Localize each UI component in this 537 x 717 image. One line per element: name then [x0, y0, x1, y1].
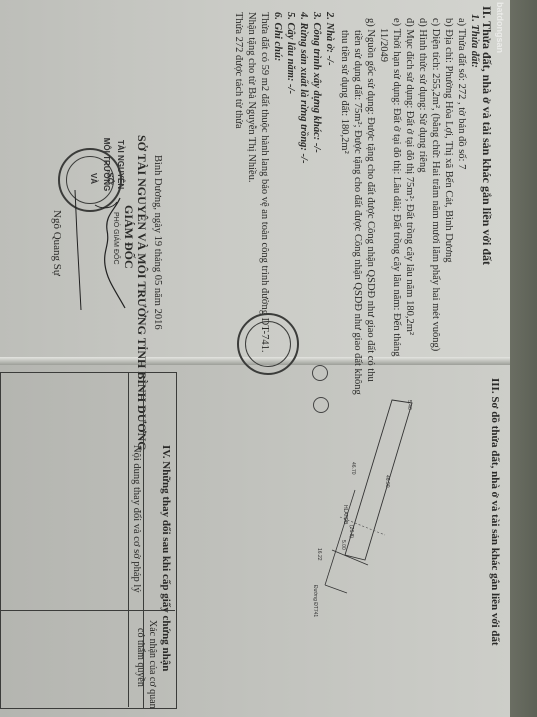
punch-hole: [312, 365, 328, 381]
dim-left: 46.70: [350, 462, 356, 475]
usage-term-cont: 11/2049: [376, 28, 389, 62]
changes-table: [0, 372, 144, 709]
watermark: batdongsan: [495, 2, 505, 53]
signature: [55, 190, 155, 320]
page-seal-stamp: [237, 313, 299, 375]
section2-heading: II. Thửa đất, nhà ở và tài sản khác gắn …: [479, 6, 494, 265]
corridor-label: HLATĐB: [342, 505, 348, 524]
section3-heading: III. Sơ đồ thửa đất, nhà ở và tài sản kh…: [489, 378, 501, 646]
notes-heading: 6. Ghi chú:: [270, 12, 283, 61]
usage-form: d) Hình thức sử dụng: Sử dụng riêng: [415, 18, 428, 172]
section4-heading: IV. Những thay đổi sau khi cấp giấy chứn…: [160, 445, 172, 671]
road-label: Đường ĐT741: [312, 585, 318, 617]
dim-top: 5.40: [406, 400, 412, 410]
usage-origin-cont2: thu tiền sử dụng đất: 180,2m²: [337, 30, 350, 154]
usage-purpose: đ) Mục đích sử dụng: Đất ở tại đô thị 75…: [402, 18, 415, 335]
section2-land-parcel-heading: 1. Thửa đất:: [467, 14, 480, 68]
dim-bottom: 5.00: [340, 540, 346, 550]
usage-origin: g) Nguồn gốc sử dụng: Được tặng cho đất …: [363, 18, 376, 382]
forest-item: 4. Rừng sản xuất là rừng trồng: -/-: [296, 12, 309, 163]
construction-item: 3. Công trình xây dựng khác: -/-: [309, 12, 322, 153]
note-line-3: Thửa 272 được tách từ thửa: [231, 12, 244, 129]
note-line-1: Thửa đất có 59 m2 đất thuộc hành lang bả…: [257, 12, 270, 353]
usage-term: e) Thời hạn sử dụng: Đất ở tại đô thị: L…: [389, 18, 402, 357]
parcel-diagram: [300, 395, 430, 595]
parcel-address: b) Địa chỉ: Phường Hòa Lợi, Thị xã Bến C…: [441, 18, 454, 263]
perennial-item: 5. Cây lâu năm: -/-: [283, 12, 296, 94]
table-col-confirm-1: Xác nhận của cơ quan: [145, 620, 158, 709]
dim-right: 46.90: [384, 475, 390, 488]
parcel-area: c) Diện tích: 255,2m², (bằng chữ: Hai tr…: [428, 18, 441, 351]
dim-road: 16.22: [316, 548, 322, 561]
table-col-divider: [0, 610, 175, 611]
dim-inner: (26.8): [348, 525, 354, 538]
house-item: 2. Nhà ở: -/-: [322, 12, 335, 65]
note-line-2: Nhận tặng cho từ Bà Nguyễn Thị Nhiều.: [244, 12, 257, 183]
usage-origin-cont1: tiền sử dụng đất: 75m²; Được tặng cho đấ…: [350, 30, 363, 395]
table-col-content: Nội dung thay đổi và cơ sở pháp lý: [129, 445, 142, 593]
parcel-number: a) Thửa đất số: 272 , tờ bản đồ số: 7: [454, 18, 467, 169]
table-col-confirm-2: có thẩm quyền: [133, 628, 146, 687]
